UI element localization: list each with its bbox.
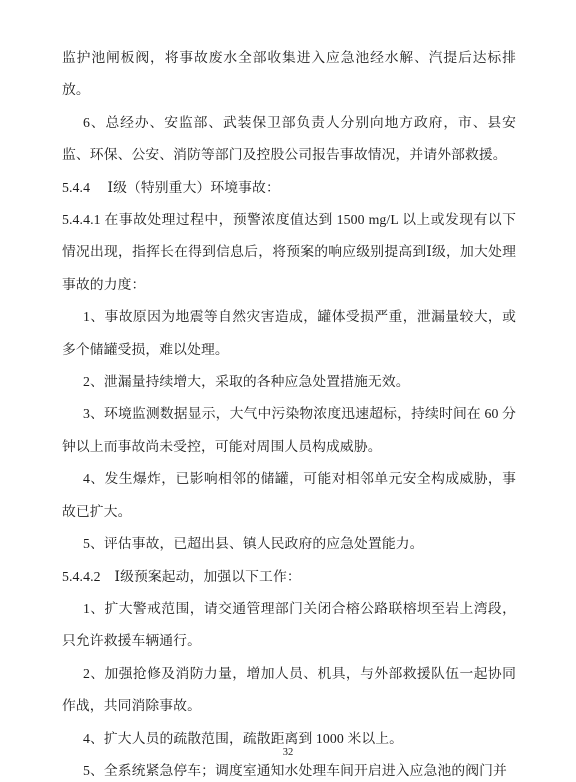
list-item-2-leak-increase: 2、泄漏量持续增大，采取的各种应急处置措施无效。 [62, 366, 516, 398]
page-number: 32 [0, 746, 576, 760]
list-item-4-explosion: 4、发生爆炸，已影响相邻的储罐，可能对相邻单元安全构成威胁，事故已扩大。 [62, 463, 516, 528]
list-item-2-reinforcement: 2、加强抢修及消防力量，增加人员、机具，与外部救援队伍一起协同作战，共同消除事故… [62, 658, 516, 723]
list-item-1-cordon: 1、扩大警戒范围，请交通管理部门关闭合榕公路联榕坝至岩上湾段，只允许救援车辆通行… [62, 593, 516, 658]
document-body: 监护池闸板阀，将事故废水全部收集进入应急池经水解、汽提后达标排放。 6、总经办、… [62, 42, 516, 782]
paragraph-continuation: 监护池闸板阀，将事故废水全部收集进入应急池经水解、汽提后达标排放。 [62, 42, 516, 107]
list-item-5-assessment: 5、评估事故，已超出县、镇人民政府的应急处置能力。 [62, 528, 516, 560]
list-item-3-monitoring: 3、环境监测数据显示，大气中污染物浓度迅速超标，持续时间在 60 分钟以上而事故… [62, 398, 516, 463]
list-item-1-earthquake: 1、事故原因为地震等自然灾害造成，罐体受损严重，泄漏量较大，或多个储罐受损，难以… [62, 301, 516, 366]
paragraph-5-4-4-1: 5.4.4.1 在事故处理过程中，预警浓度值达到 1500 mg/L 以上或发现… [62, 204, 516, 301]
document-page: 监护池闸板阀，将事故废水全部收集进入应急池经水解、汽提后达标排放。 6、总经办、… [0, 0, 576, 782]
heading-5-4-4: 5.4.4 Ⅰ级（特别重大）环境事故： [62, 172, 516, 204]
list-item-6-report: 6、总经办、安监部、武装保卫部负责人分别向地方政府，市、县安监、环保、公安、消防… [62, 107, 516, 172]
heading-5-4-4-2: 5.4.4.2 Ⅰ级预案起动，加强以下工作： [62, 561, 516, 593]
